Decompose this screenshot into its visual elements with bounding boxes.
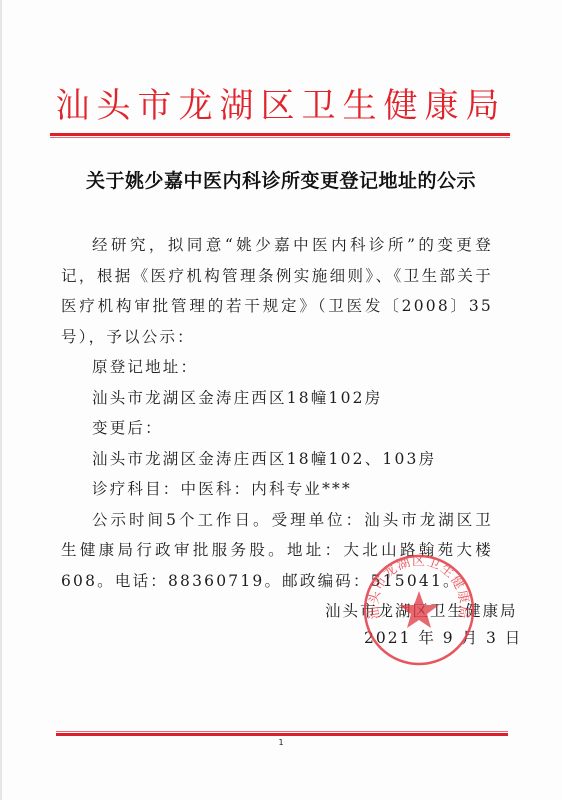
- header-rule-thick: [50, 133, 510, 136]
- page-number: 1: [0, 738, 562, 747]
- footer-rule-thick: [56, 733, 508, 736]
- header-red-rule: [50, 133, 510, 138]
- changed-address-label: 变更后：: [61, 413, 493, 444]
- original-address: 汕头市龙湖区金涛庄西区18幢102房: [61, 383, 493, 414]
- document-page: 汕头市龙湖区卫生健康局 关于姚少嘉中医内科诊所变更登记地址的公示 经研究，拟同意…: [0, 0, 562, 800]
- treatment-subjects: 诊疗科目：中医科：内科专业***: [61, 474, 493, 505]
- original-address-label: 原登记地址：: [61, 352, 493, 383]
- document-title: 关于姚少嘉中医内科诊所变更登记地址的公示: [0, 169, 562, 193]
- footer-red-rule: [56, 731, 508, 736]
- document-body: 经研究，拟同意“姚少嘉中医内科诊所”的变更登记，根据《医疗机构管理条例实施细则》…: [61, 230, 493, 596]
- organization-header: 汕头市龙湖区卫生健康局: [0, 86, 562, 126]
- changed-address: 汕头市龙湖区金涛庄西区18幢102、103房: [61, 444, 493, 475]
- header-rule-thin: [50, 137, 510, 138]
- official-seal-stamp: 汕头市龙湖区卫生健康局: [362, 553, 476, 667]
- intro-paragraph: 经研究，拟同意“姚少嘉中医内科诊所”的变更登记，根据《医疗机构管理条例实施细则》…: [61, 230, 493, 352]
- star-icon: [399, 591, 439, 628]
- footer-rule-thin: [56, 731, 508, 732]
